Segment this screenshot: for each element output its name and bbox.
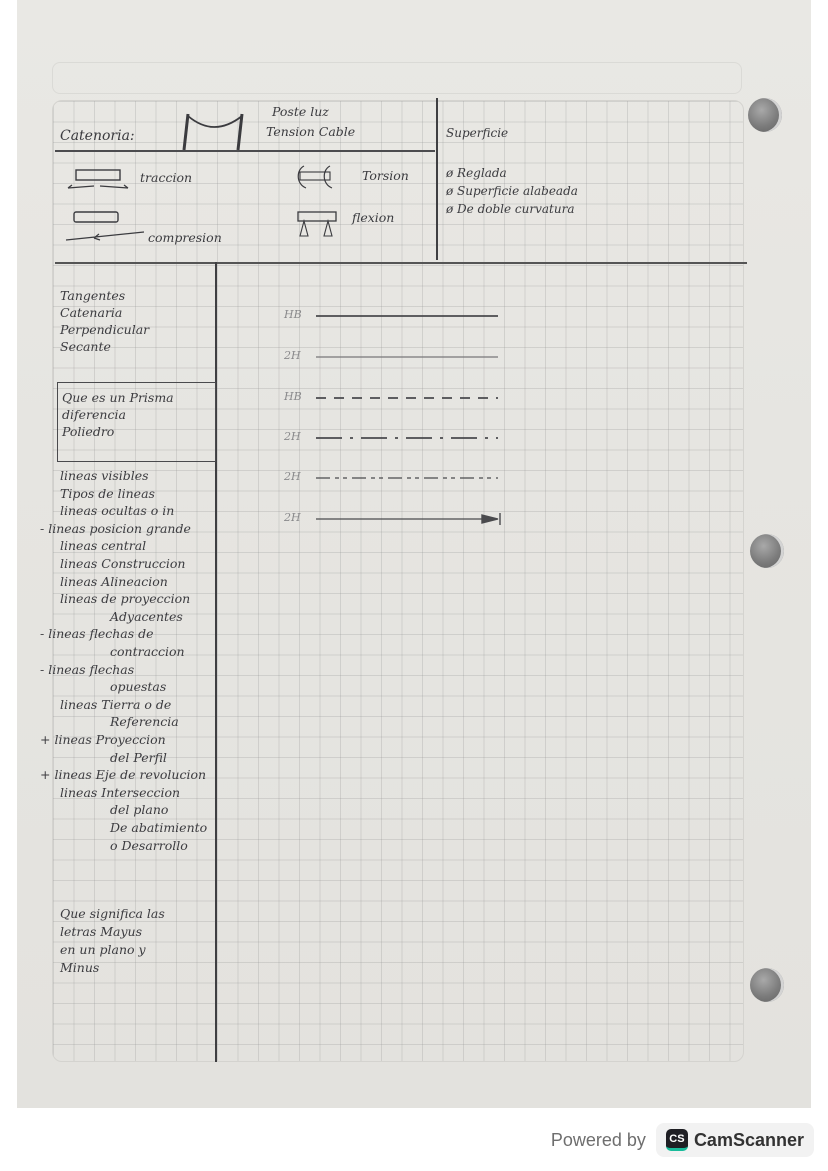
force-torsion-label: Torsion [362, 168, 409, 183]
line-type-item: lineas ocultas o in [60, 503, 174, 519]
line-sample-solid-thick [314, 309, 514, 323]
catenaria-note-2: Tension Cable [266, 124, 355, 139]
line-type-item: - lineas flechas [40, 662, 134, 678]
binder-hole-icon [750, 968, 784, 1002]
term-item: Secante [60, 339, 111, 355]
powered-by-label: Powered by [551, 1130, 646, 1151]
line-type-item: Referencia [110, 714, 179, 730]
pencil-grade-label: HB [284, 390, 302, 403]
force-compression-label: compresion [148, 230, 222, 245]
line-type-item: lineas Tierra o de [60, 697, 171, 713]
box-question-line: diferencia [62, 407, 126, 423]
catenaria-note-1: Poste luz [272, 104, 329, 119]
line-type-item: lineas visibles [60, 468, 149, 484]
catenary-icon [176, 110, 252, 154]
pencil-grade-label: HB [284, 308, 302, 321]
line-type-item: + lineas Proyeccion [40, 732, 166, 748]
surface-item: ø Superficie alabeada [446, 184, 578, 198]
line-type-item: contraccion [110, 644, 185, 660]
traction-icon [64, 166, 134, 192]
line-type-item: lineas de proyeccion [60, 591, 190, 607]
camscanner-logo-icon: CS [666, 1129, 688, 1151]
surface-item: ø Reglada [446, 166, 507, 180]
term-item: Perpendicular [60, 322, 149, 338]
surface-item-text: Superficie alabeada [457, 184, 578, 198]
term-item: Catenaria [60, 305, 122, 321]
camscanner-badge[interactable]: CS CamScanner [656, 1123, 814, 1157]
line-sample-dash-dot [314, 431, 514, 445]
surface-item: ø De doble curvatura [446, 202, 575, 216]
torsion-icon [294, 162, 338, 192]
line-type-item: del Perfil [110, 750, 167, 766]
line-type-item: De abatimiento [110, 820, 207, 836]
box-question-line: Que es un Prisma [62, 390, 174, 406]
pencil-grade-label: 2H [284, 511, 301, 524]
line-type-item: lineas Interseccion [60, 785, 180, 801]
line-sample-arrow [314, 512, 514, 526]
camscanner-brand: CamScanner [694, 1130, 804, 1151]
term-item: Tangentes [60, 288, 125, 304]
line-type-item: lineas Alineacion [60, 574, 168, 590]
box-question-line: Poliedro [62, 424, 114, 440]
surface-item-text: De doble curvatura [457, 202, 574, 216]
binder-hole-icon [750, 534, 784, 568]
closing-question-line: letras Mayus [60, 924, 142, 940]
closing-question-line: Que significa las [60, 906, 165, 922]
closing-question-line: en un plano y [60, 942, 146, 958]
pencil-grade-label: 2H [284, 430, 301, 443]
surface-divider [436, 98, 438, 260]
line-sample-dash-double-dot [314, 471, 514, 485]
force-flexion-label: flexion [352, 210, 394, 225]
closing-question-line: Minus [60, 960, 99, 976]
catenaria-label: Catenoria: [60, 128, 135, 144]
camscanner-footer: Powered by CS CamScanner [551, 1122, 814, 1158]
line-type-item: - lineas flechas de [40, 626, 154, 642]
compression-icon [64, 208, 144, 244]
line-type-item: + lineas Eje de revolucion [40, 767, 206, 783]
surface-title: Superficie [446, 126, 508, 140]
line-sample-dashed [314, 391, 514, 405]
line-sample-solid-thin [314, 350, 514, 364]
line-type-item: Tipos de lineas [60, 486, 155, 502]
line-type-item: o Desarrollo [110, 838, 188, 854]
line-type-item: del plano [110, 802, 168, 818]
line-type-item: opuestas [110, 679, 166, 695]
surface-item-text: Reglada [457, 166, 507, 180]
line-type-item: lineas Construccion [60, 556, 185, 572]
line-type-item: lineas central [60, 538, 146, 554]
pencil-grade-label: 2H [284, 470, 301, 483]
line-type-item: Adyacentes [110, 609, 183, 625]
line-type-item: - lineas posicion grande [40, 521, 191, 537]
pencil-grade-label: 2H [284, 349, 301, 362]
flexion-icon [294, 208, 340, 242]
notebook-header-strip [52, 62, 742, 94]
section-divider [55, 262, 747, 264]
binder-hole-icon [748, 98, 782, 132]
force-traction-label: traccion [140, 170, 192, 185]
